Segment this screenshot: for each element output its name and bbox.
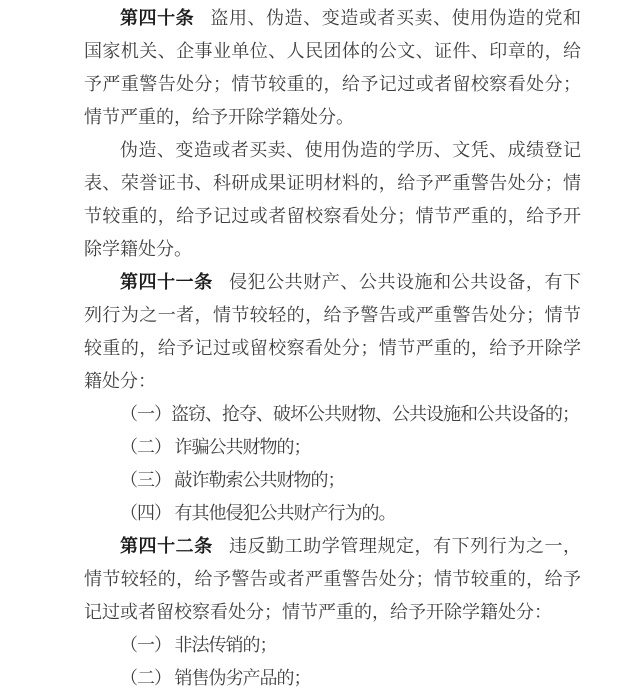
article-42-paragraph: 第四十二条违反勤工助学管理规定，有下列行为之一，情节较轻的，给予警告或者严重警告… xyxy=(84,530,581,629)
article-41-item-3: （三） 敲诈勒索公共财物的； xyxy=(84,464,581,497)
article-40-paragraph-2-text: 伪造、变造或者买卖、使用伪造的学历、文凭、成绩登记表、荣誉证书、科研成果证明材料… xyxy=(84,140,581,259)
article-40-paragraph: 第四十条盗用、伪造、变造或者买卖、使用伪造的党和国家机关、企事业单位、人民团体的… xyxy=(84,2,581,134)
article-41-item-4: （四） 有其他侵犯公共财产行为的。 xyxy=(84,497,581,530)
article-41-number: 第四十一条 xyxy=(120,272,213,292)
article-42-item-1-text: （一） 非法传销的； xyxy=(120,635,277,655)
article-42-item-1: （一） 非法传销的； xyxy=(84,629,581,662)
article-41-paragraph: 第四十一条侵犯公共财产、公共设施和公共设备，有下列行为之一者，情节较轻的，给予警… xyxy=(84,266,581,398)
article-40-paragraph-2: 伪造、变造或者买卖、使用伪造的学历、文凭、成绩登记表、荣誉证书、科研成果证明材料… xyxy=(84,134,581,266)
article-40-number: 第四十条 xyxy=(120,8,194,28)
article-41-item-2-text: （二） 诈骗公共财物的； xyxy=(120,437,311,457)
article-41-item-3-text: （三） 敲诈勒索公共财物的； xyxy=(120,470,345,490)
article-42-item-2: （二） 销售伪劣产品的； xyxy=(84,662,581,695)
article-41-item-1: （一）盗窃、抢夺、破坏公共财物、公共设施和公共设备的； xyxy=(84,398,581,431)
article-41-item-1-text: （一）盗窃、抢夺、破坏公共财物、公共设施和公共设备的； xyxy=(120,404,579,424)
article-42-number: 第四十二条 xyxy=(120,536,213,556)
article-41-item-4-text: （四） 有其他侵犯公共财产行为的。 xyxy=(120,503,396,523)
document-page: 第四十条盗用、伪造、变造或者买卖、使用伪造的党和国家机关、企事业单位、人民团体的… xyxy=(0,0,635,695)
article-42-item-2-text: （二） 销售伪劣产品的； xyxy=(120,668,311,688)
article-41-item-2: （二） 诈骗公共财物的； xyxy=(84,431,581,464)
